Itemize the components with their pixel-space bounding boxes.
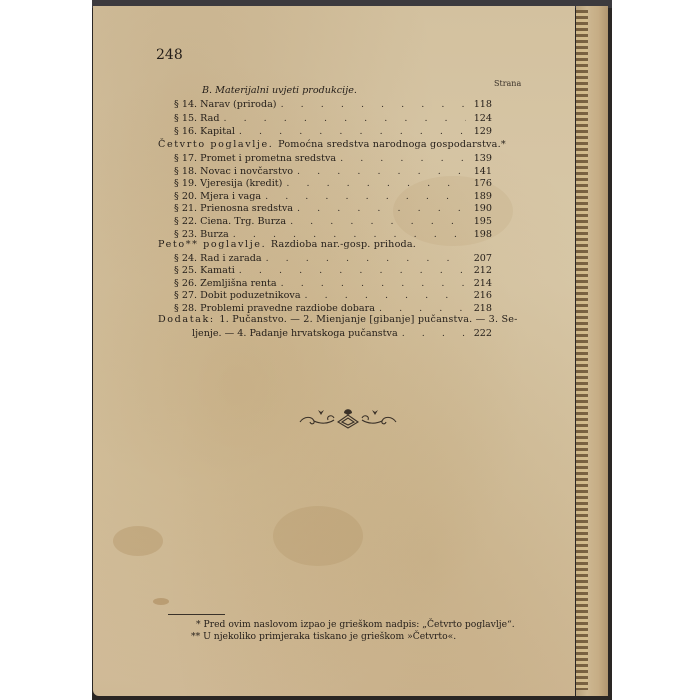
entry-title: § 28. Problemi pravedne razdiobe dobara (174, 303, 379, 315)
appendix-page: 222 (466, 328, 492, 340)
page-number: 248 (156, 47, 183, 63)
leader-dots: . . . . . . . . . . . . . . . . . . . . … (265, 191, 466, 203)
stain (153, 598, 169, 605)
leader-dots: . . . . . . . . . . . . . . . . . . . . … (223, 113, 466, 125)
appendix-line-2: ljenje. — 4. Padanje hrvatskoga pučanstv… (192, 328, 402, 340)
entry-page-number: 216 (466, 290, 492, 302)
entry-title: § 19. Vjeresija (kredit) (174, 178, 286, 190)
toc-entry: § 20. Mjera i vaga. . . . . . . . . . . … (174, 191, 492, 203)
leader-dots: . . . . . . . . . . . . . . . . . . . . … (297, 203, 466, 215)
section-title: B. Materijalni uvjeti produkcije. (202, 85, 357, 97)
leader-dots: . . . . . . . . . . . . . . . . . . (402, 328, 466, 340)
leader-dots: . . . . . . . . . . . . . . . . . . . . … (239, 126, 466, 138)
binding-stitching (576, 10, 588, 690)
entry-page-number: 190 (466, 203, 492, 215)
entry-title: § 16. Kapital (174, 126, 239, 138)
chapter-label: Peto** poglavlje. (158, 239, 266, 250)
leader-dots: . . . . . . . . . . . . . . . . . . . . … (305, 290, 466, 302)
entry-page-number: 189 (466, 191, 492, 203)
entry-page-number: 218 (466, 303, 492, 315)
entry-page-number: 124 (466, 113, 492, 125)
footnote-1: * Pred ovim naslovom izpao je grieškom n… (196, 619, 515, 630)
leader-dots: . . . . . . . . . . . . . . . . . . . . … (290, 216, 466, 228)
entry-page-number: 214 (466, 278, 492, 290)
toc-entry: § 24. Rad i zarada. . . . . . . . . . . … (174, 253, 492, 265)
toc-entry: § 25. Kamati. . . . . . . . . . . . . . … (174, 265, 492, 277)
chapter-title: Pomoćna sredstva narodnoga gospodarstva.… (278, 139, 506, 150)
entry-page-number: 207 (466, 253, 492, 265)
chapter-label: Četvrto poglavlje. (158, 139, 273, 150)
toc-entry: § 16. Kapital. . . . . . . . . . . . . .… (174, 126, 492, 138)
entry-page-number: 212 (466, 265, 492, 277)
chapter-heading-5: Peto** poglavlje. Razdioba nar.-gosp. pr… (158, 239, 416, 251)
entry-page-number: 176 (466, 178, 492, 190)
leader-dots: . . . . . . . . . . . . . . . . . . . . … (281, 278, 466, 290)
stain (273, 506, 363, 566)
entry-page-number: 198 (466, 229, 492, 241)
entry-page-number: 118 (466, 99, 492, 111)
toc-entry: § 21. Prienosna sredstva. . . . . . . . … (174, 203, 492, 215)
toc-entry: § 22. Ciena. Trg. Burza. . . . . . . . .… (174, 216, 492, 228)
toc-entry: § 27. Dobit poduzetnikova. . . . . . . .… (174, 290, 492, 302)
leader-dots: . . . . . . . . . . . . . . . . . . . . … (239, 265, 466, 277)
toc-entry: § 17. Promet i prometna sredstva. . . . … (174, 153, 492, 165)
entry-title: § 14. Narav (prirodа) (174, 99, 281, 111)
toc-entry: § 26. Zemljišna renta. . . . . . . . . .… (174, 278, 492, 290)
entry-title: § 27. Dobit poduzetnikova (174, 290, 305, 302)
appendix-label: Dodatak: (158, 314, 215, 325)
appendix-heading: Dodatak: 1. Pučanstvo. — 2. Mienjanje [g… (158, 314, 518, 326)
toc-entry: § 19. Vjeresija (kredit). . . . . . . . … (174, 178, 492, 190)
toc-entry: § 15. Rad. . . . . . . . . . . . . . . .… (174, 113, 492, 125)
entry-title: § 26. Zemljišna renta (174, 278, 281, 290)
entry-page-number: 139 (466, 153, 492, 165)
toc-entry: § 28. Problemi pravedne razdiobe dobara.… (174, 303, 492, 315)
appendix-line-1: 1. Pučanstvo. — 2. Mienjanje [gibanje] p… (219, 314, 517, 325)
footnote-rule (168, 614, 225, 615)
entry-page-number: 195 (466, 216, 492, 228)
leader-dots: . . . . . . . . . . . . . . . . . . . . … (379, 303, 466, 315)
book-photo: 248 Strana B. Materijalni uvjeti produkc… (0, 0, 700, 700)
entry-title: § 24. Rad i zarada (174, 253, 266, 265)
entry-title: § 15. Rad (174, 113, 223, 125)
leader-dots: . . . . . . . . . . . . . . . . . . . . … (266, 253, 466, 265)
toc-entry: § 18. Novac i novčarstvo. . . . . . . . … (174, 166, 492, 178)
entry-title: § 17. Promet i prometna sredstva (174, 153, 340, 165)
entry-title: § 21. Prienosna sredstva (174, 203, 297, 215)
toc-entry: § 14. Narav (prirodа). . . . . . . . . .… (174, 99, 492, 111)
column-header: Strana (494, 79, 521, 88)
leader-dots: . . . . . . . . . . . . . . . . . . . . … (297, 166, 466, 178)
entry-page-number: 141 (466, 166, 492, 178)
footnote-2: ** U njekoliko primjeraka tiskano je gri… (191, 631, 456, 642)
entry-title: § 25. Kamati (174, 265, 239, 277)
leader-dots: . . . . . . . . . . . . . . . . . . . . … (340, 153, 466, 165)
leader-dots: . . . . . . . . . . . . . . . . . . . . … (286, 178, 466, 190)
chapter-title: Razdioba nar.-gosp. prihoda. (271, 239, 416, 250)
leader-dots: . . . . . . . . . . . . . . . . . . . . … (281, 99, 466, 111)
chapter-heading-4: Četvrto poglavlje. Pomoćna sredstva naro… (158, 139, 506, 151)
entry-title: § 20. Mjera i vaga (174, 191, 265, 203)
entry-page-number: 129 (466, 126, 492, 138)
floral-ornament-icon (298, 406, 398, 430)
entry-title: § 22. Ciena. Trg. Burza (174, 216, 290, 228)
stain (113, 526, 163, 556)
appendix-entry: ljenje. — 4. Padanje hrvatskoga pučanstv… (192, 328, 492, 340)
entry-title: § 18. Novac i novčarstvo (174, 166, 297, 178)
